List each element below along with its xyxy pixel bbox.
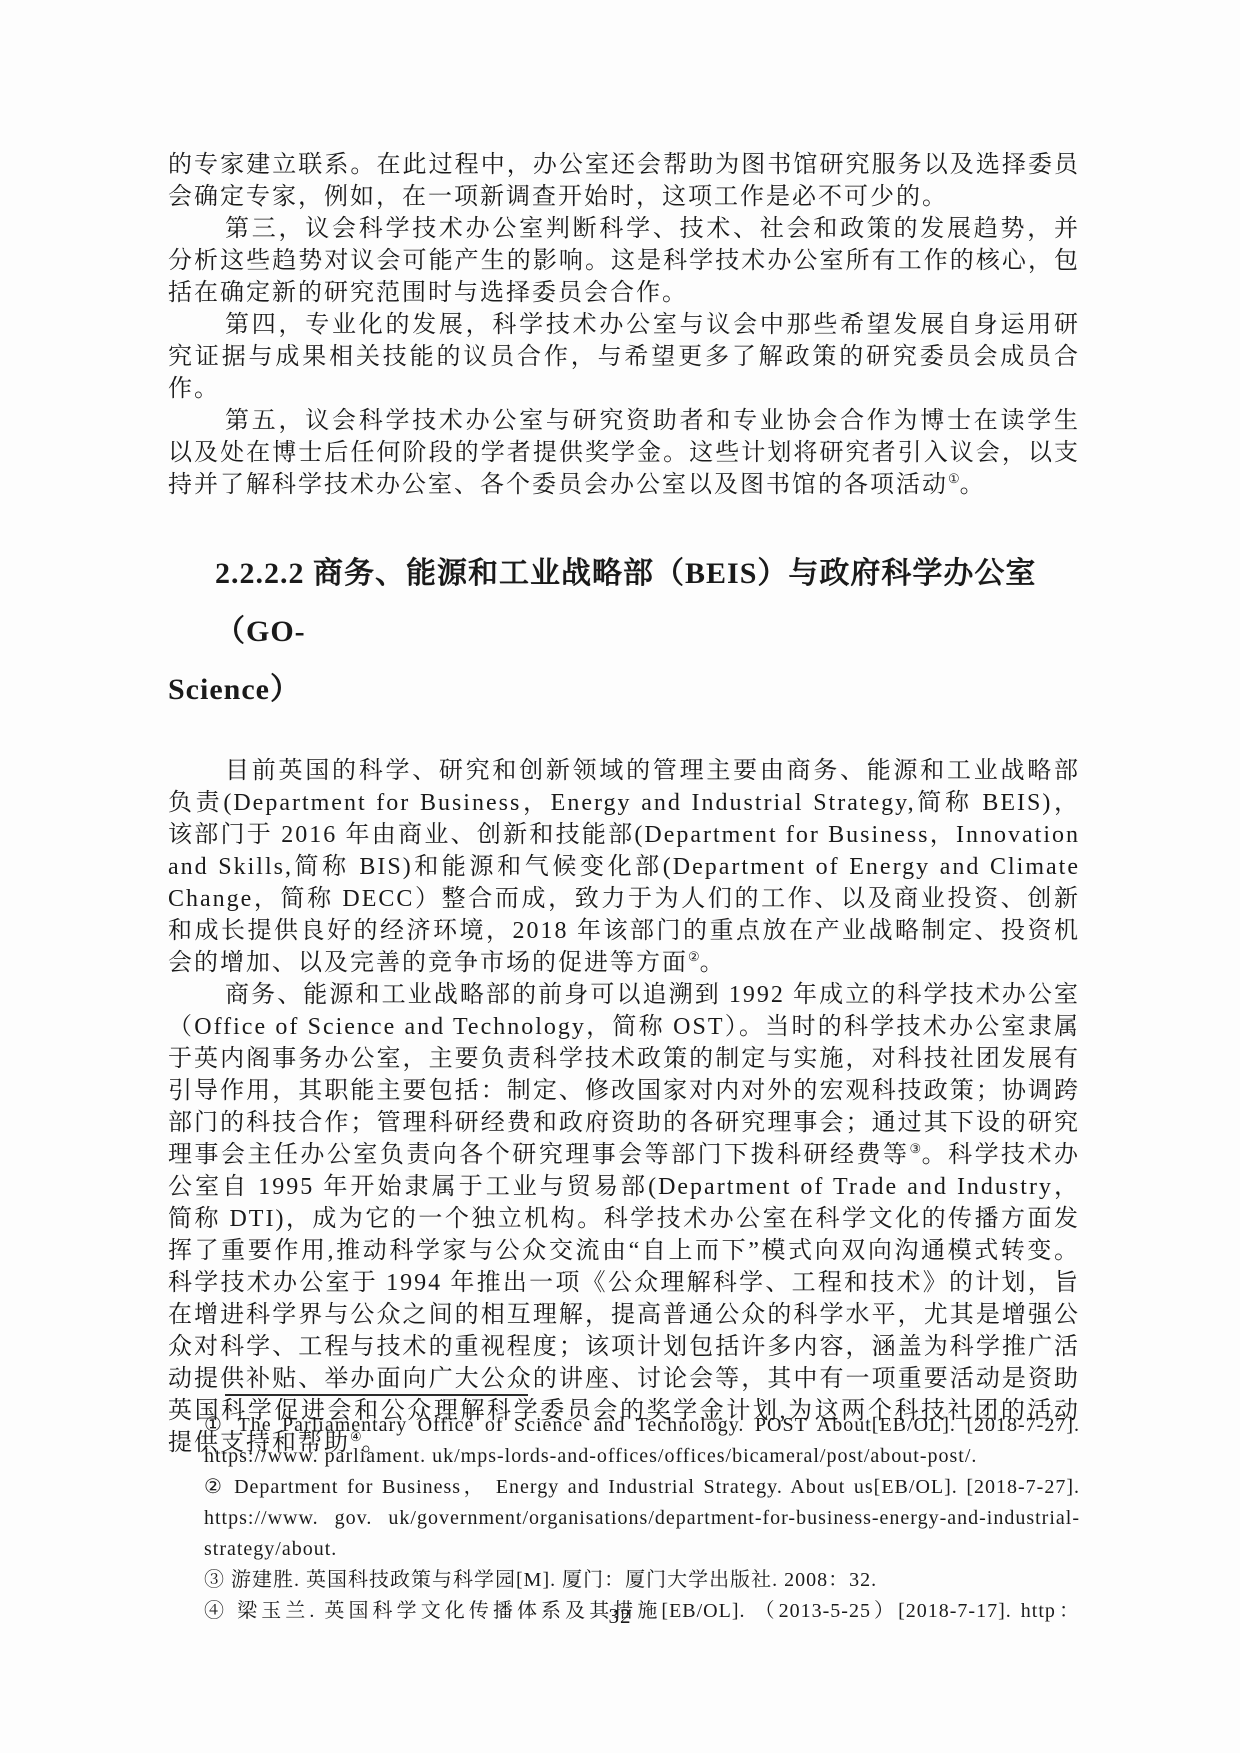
- body-paragraph: 第五，议会科学技术办公室与研究资助者和专业协会合作为博士在读学生以及处在博士后任…: [168, 405, 1080, 501]
- footnote: ① The Parliamentary Office of Science an…: [168, 1410, 1080, 1472]
- body-paragraph: 的专家建立联系。在此过程中，办公室还会帮助为图书馆研究服务以及选择委员会确定专家…: [168, 149, 1080, 213]
- section-heading-line1: 2.2.2.2 商务、能源和工业战略部（BEIS）与政府科学办公室（GO-: [168, 545, 1080, 661]
- body-paragraph: 目前英国的科学、研究和创新领域的管理主要由商务、能源和工业战略部负责(Depar…: [168, 755, 1080, 979]
- page-number: 32: [0, 1604, 1240, 1629]
- page-body: 的专家建立联系。在此过程中，办公室还会帮助为图书馆研究服务以及选择委员会确定专家…: [168, 149, 1080, 1459]
- body-paragraph: 第四，专业化的发展，科学技术办公室与议会中那些希望发展自身运用研究证据与成果相关…: [168, 309, 1080, 405]
- footnote-separator: [225, 1394, 528, 1396]
- body-paragraph: 第三，议会科学技术办公室判断科学、技术、社会和政策的发展趋势，并分析这些趋势对议…: [168, 213, 1080, 309]
- footnote-area: ① The Parliamentary Office of Science an…: [168, 1394, 1080, 1627]
- footnote: ③ 游建胜. 英国科技政策与科学园[M]. 厦门：厦门大学出版社. 2008：3…: [168, 1565, 1080, 1596]
- footnote: ② Department for Business， Energy and In…: [168, 1472, 1080, 1565]
- body-paragraph: 商务、能源和工业战略部的前身可以追溯到 1992 年成立的科学技术办公室（Off…: [168, 979, 1080, 1459]
- section-heading-line2: Science）: [168, 661, 1080, 719]
- document-page: 的专家建立联系。在此过程中，办公室还会帮助为图书馆研究服务以及选择委员会确定专家…: [0, 0, 1240, 1753]
- section-heading: 2.2.2.2 商务、能源和工业战略部（BEIS）与政府科学办公室（GO- Sc…: [168, 545, 1080, 719]
